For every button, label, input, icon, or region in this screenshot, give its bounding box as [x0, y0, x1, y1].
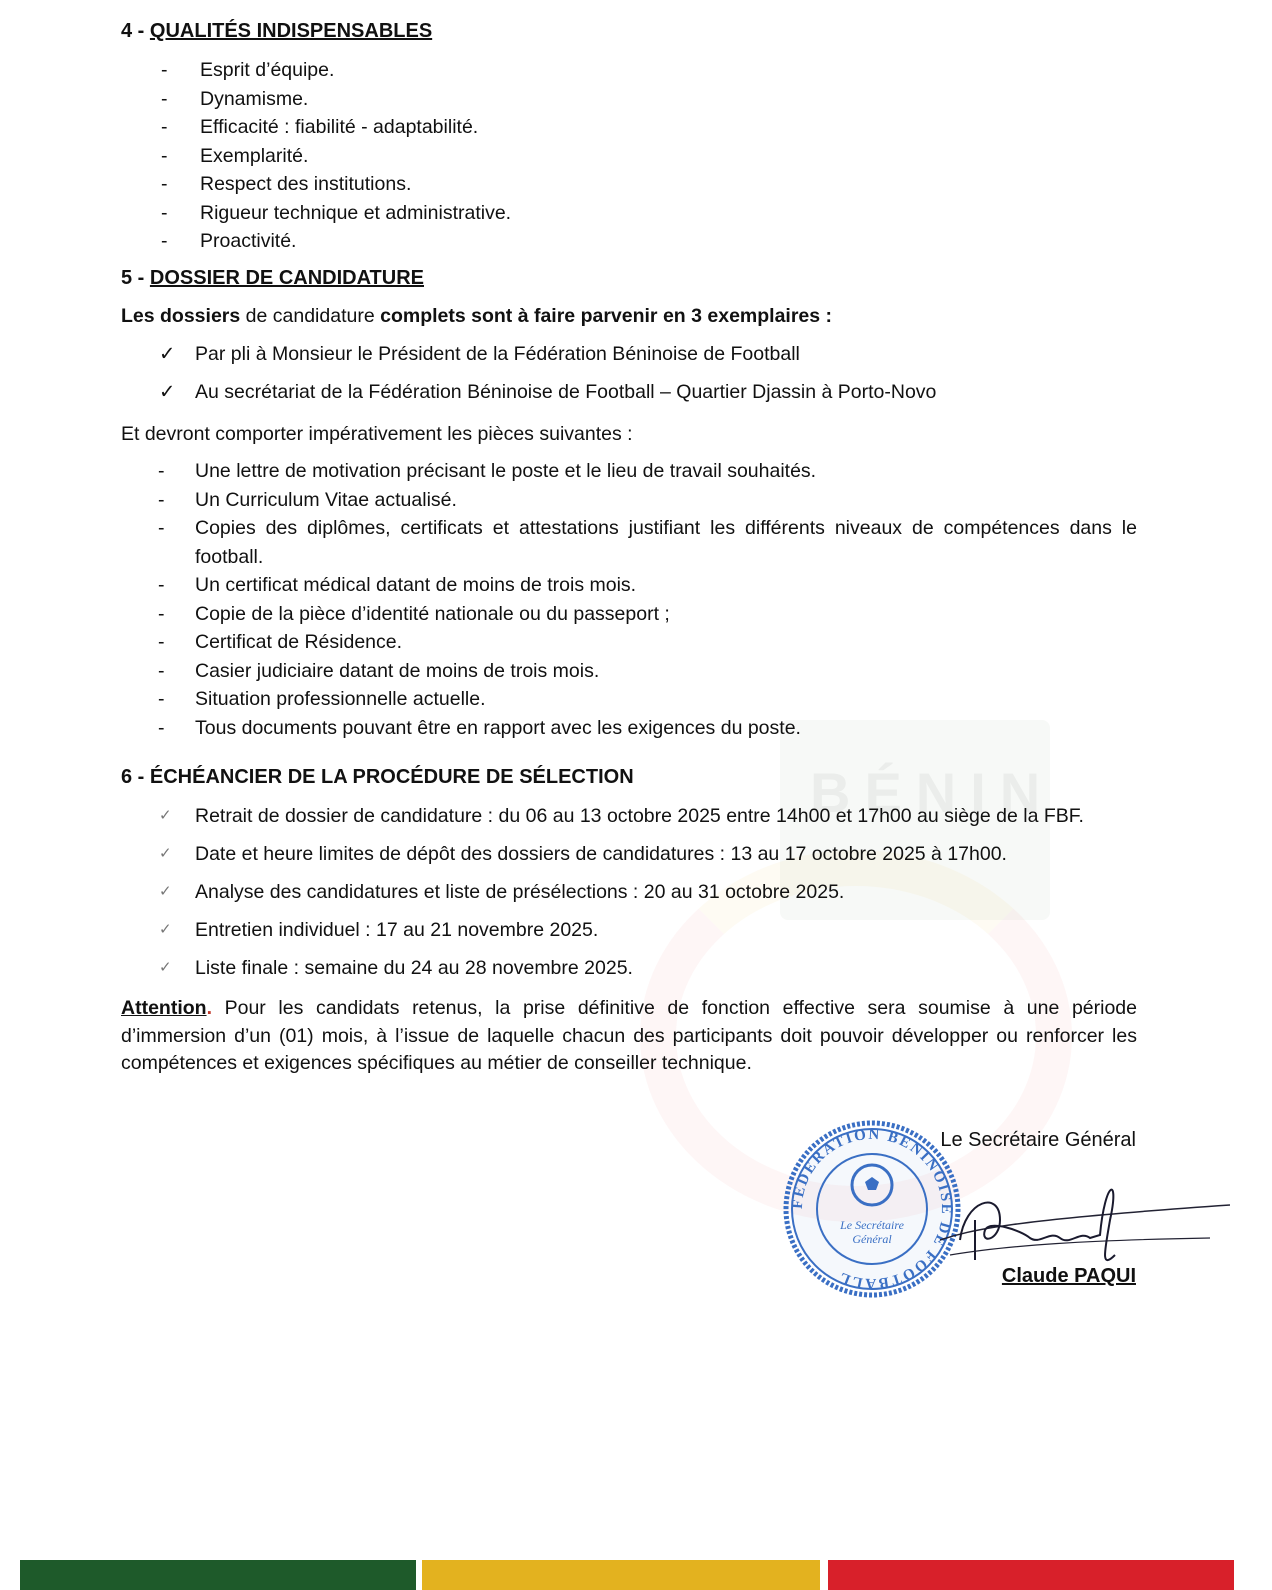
dash-bullet-icon: -: [161, 199, 168, 228]
piece-item: -Situation professionnelle actuelle.: [121, 685, 1137, 714]
flag-bar-red: [828, 1560, 1234, 1590]
piece-item-text: Un certificat médical datant de moins de…: [195, 574, 636, 596]
pieces-intro: Et devront comporter impérativement les …: [121, 422, 633, 446]
dossier-lead: Les dossiers de candidature complets son…: [121, 302, 832, 330]
piece-item-text: Certificat de Résidence.: [195, 631, 402, 653]
schedule-item: ✓Retrait de dossier de candidature : du …: [121, 797, 1137, 835]
dash-bullet-icon: -: [158, 514, 165, 543]
checkmark-icon: ✓: [159, 835, 172, 873]
checkmark-icon: ✓: [159, 373, 175, 411]
piece-item-text: Situation professionnelle actuelle.: [195, 688, 486, 710]
dash-bullet-icon: -: [161, 227, 168, 256]
quality-item-text: Esprit d’équipe.: [200, 59, 334, 81]
section-4-title: QUALITÉS INDISPENSABLES: [150, 20, 432, 42]
signature-block: FEDERATION BENINOISE DE FOOTBALL Le Secr…: [760, 1115, 1240, 1325]
attention-paragraph: Attention. Pour les candidats retenus, l…: [121, 995, 1137, 1078]
quality-item: -Exemplarité.: [121, 142, 1137, 171]
piece-item-text: Copie de la pièce d’identité nationale o…: [195, 603, 670, 625]
dash-bullet-icon: -: [161, 113, 168, 142]
dash-bullet-icon: -: [158, 457, 165, 486]
dash-bullet-icon: -: [161, 142, 168, 171]
quality-item: -Esprit d’équipe.: [121, 56, 1137, 85]
schedule-list: ✓Retrait de dossier de candidature : du …: [121, 797, 1137, 987]
piece-item-text: Tous documents pouvant être en rapport a…: [195, 717, 801, 739]
quality-item: -Rigueur technique et administrative.: [121, 199, 1137, 228]
signatory-title: Le Secrétaire Général: [940, 1129, 1136, 1152]
checkmark-icon: ✓: [159, 911, 172, 949]
dash-bullet-icon: -: [161, 170, 168, 199]
piece-item: -Copies des diplômes, certificats et att…: [121, 514, 1137, 571]
piece-item: -Une lettre de motivation précisant le p…: [121, 457, 1137, 486]
dash-bullet-icon: -: [158, 628, 165, 657]
delivery-item-text: Au secrétariat de la Fédération Béninois…: [195, 381, 936, 403]
quality-item-text: Proactivité.: [200, 230, 296, 252]
signatory-name: Claude PAQUI: [1002, 1265, 1136, 1288]
piece-item-text: Une lettre de motivation précisant le po…: [195, 460, 816, 482]
schedule-item: ✓Analyse des candidatures et liste de pr…: [121, 873, 1137, 911]
section-5-title: DOSSIER DE CANDIDATURE: [150, 267, 424, 289]
piece-item: -Un Curriculum Vitae actualisé.: [121, 486, 1137, 515]
dash-bullet-icon: -: [158, 486, 165, 515]
dash-bullet-icon: -: [158, 685, 165, 714]
section-4-number: 4 -: [121, 20, 150, 42]
piece-item: -Certificat de Résidence.: [121, 628, 1137, 657]
qualities-list: -Esprit d’équipe.-Dynamisme.-Efficacité …: [121, 56, 1137, 256]
quality-item-text: Respect des institutions.: [200, 173, 411, 195]
delivery-item: ✓Par pli à Monsieur le Président de la F…: [121, 335, 1137, 373]
svg-text:Le Secrétaire: Le Secrétaire: [839, 1218, 905, 1232]
checkmark-icon: ✓: [159, 335, 175, 373]
schedule-item-text: Date et heure limites de dépôt des dossi…: [195, 843, 1007, 865]
section-4-heading: 4 - QUALITÉS INDISPENSABLES: [121, 19, 432, 43]
dash-bullet-icon: -: [161, 85, 168, 114]
quality-item: -Dynamisme.: [121, 85, 1137, 114]
section-5-heading: 5 - DOSSIER DE CANDIDATURE: [121, 266, 424, 290]
piece-item: -Un certificat médical datant de moins d…: [121, 571, 1137, 600]
delivery-item-text: Par pli à Monsieur le Président de la Fé…: [195, 343, 800, 365]
schedule-item-text: Liste finale : semaine du 24 au 28 novem…: [195, 957, 633, 979]
piece-item-text: Un Curriculum Vitae actualisé.: [195, 489, 457, 511]
flag-bar-green: [20, 1560, 416, 1590]
svg-text:Général: Général: [852, 1232, 892, 1246]
attention-label: Attention: [121, 997, 207, 1019]
checkmark-icon: ✓: [159, 797, 172, 835]
piece-item: -Casier judiciaire datant de moins de tr…: [121, 657, 1137, 686]
dash-bullet-icon: -: [158, 600, 165, 629]
schedule-item-text: Retrait de dossier de candidature : du 0…: [195, 805, 1084, 827]
delivery-list: ✓Par pli à Monsieur le Président de la F…: [121, 335, 1137, 411]
pieces-list: -Une lettre de motivation précisant le p…: [121, 457, 1137, 742]
schedule-item-text: Entretien individuel : 17 au 21 novembre…: [195, 919, 598, 941]
quality-item: -Efficacité : fiabilité - adaptabilité.: [121, 113, 1137, 142]
quality-item-text: Dynamisme.: [200, 88, 308, 110]
quality-item-text: Rigueur technique et administrative.: [200, 202, 511, 224]
attention-text: Pour les candidats retenus, la prise déf…: [121, 997, 1137, 1074]
piece-item-text: Copies des diplômes, certificats et atte…: [195, 517, 1137, 568]
quality-item-text: Efficacité : fiabilité - adaptabilité.: [200, 116, 478, 138]
section-5-number: 5 -: [121, 267, 150, 289]
quality-item: -Respect des institutions.: [121, 170, 1137, 199]
schedule-item: ✓Date et heure limites de dépôt des doss…: [121, 835, 1137, 873]
schedule-item: ✓Entretien individuel : 17 au 21 novembr…: [121, 911, 1137, 949]
piece-item: -Tous documents pouvant être en rapport …: [121, 714, 1137, 743]
flag-bar-yellow: [422, 1560, 820, 1590]
quality-item: -Proactivité.: [121, 227, 1137, 256]
dash-bullet-icon: -: [161, 56, 168, 85]
lead-normal: de candidature: [240, 305, 380, 327]
quality-item-text: Exemplarité.: [200, 145, 308, 167]
dash-bullet-icon: -: [158, 571, 165, 600]
piece-item: -Copie de la pièce d’identité nationale …: [121, 600, 1137, 629]
lead-bold-1: Les dossiers: [121, 305, 240, 327]
schedule-item-text: Analyse des candidatures et liste de pré…: [195, 881, 844, 903]
section-6-heading: 6 - ÉCHÉANCIER DE LA PROCÉDURE DE SÉLECT…: [121, 765, 634, 789]
handwritten-signature-icon: [930, 1160, 1230, 1270]
schedule-item: ✓Liste finale : semaine du 24 au 28 nove…: [121, 949, 1137, 987]
checkmark-icon: ✓: [159, 873, 172, 911]
lead-bold-2: complets sont à faire parvenir en 3 exem…: [380, 305, 832, 327]
checkmark-icon: ✓: [159, 949, 172, 987]
dash-bullet-icon: -: [158, 714, 165, 743]
delivery-item: ✓Au secrétariat de la Fédération Béninoi…: [121, 373, 1137, 411]
dash-bullet-icon: -: [158, 657, 165, 686]
piece-item-text: Casier judiciaire datant de moins de tro…: [195, 660, 599, 682]
